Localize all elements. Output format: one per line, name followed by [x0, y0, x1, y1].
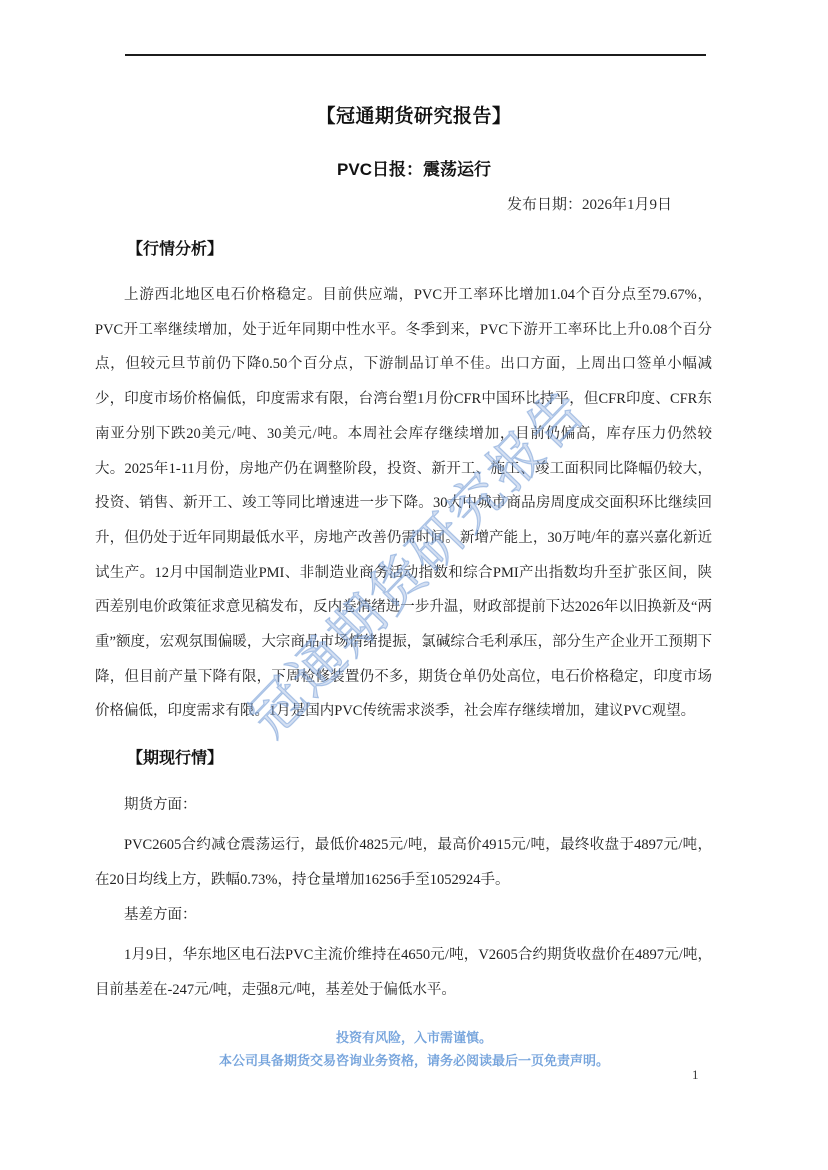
header-rule — [125, 54, 706, 56]
report-title: 【冠通期货研究报告】 — [0, 101, 828, 128]
basis-side-label: 基差方面： — [95, 903, 712, 924]
market-analysis-paragraph: 上游西北地区电石价格稳定。目前供应端，PVC开工率环比增加1.04个百分点至79… — [95, 278, 712, 729]
futures-side-paragraph: PVC2605合约减仓震荡运行，最低价4825元/吨，最高价4915元/吨，最终… — [95, 828, 712, 897]
page-number: 1 — [692, 1067, 699, 1083]
page-footer: 投资有风险，入市需谨慎。 本公司具备期货交易咨询业务资格，请务必阅读最后一页免责… — [0, 1026, 828, 1072]
report-page: 冠通期货研究报告 【冠通期货研究报告】 PVC日报：震荡运行 发布日期：2026… — [0, 0, 828, 1170]
footer-disclaimer: 本公司具备期货交易咨询业务资格，请务必阅读最后一页免责声明。 — [0, 1049, 828, 1072]
section-heading-market-analysis: 【行情分析】 — [95, 236, 712, 259]
futures-side-label: 期货方面： — [95, 793, 712, 814]
report-subtitle: PVC日报：震荡运行 — [0, 155, 828, 180]
footer-risk-warning: 投资有风险，入市需谨慎。 — [0, 1026, 828, 1049]
publish-date: 发布日期：2026年1月9日 — [507, 193, 672, 214]
basis-side-paragraph: 1月9日，华东地区电石法PVC主流价维持在4650元/吨，V2605合约期货收盘… — [95, 938, 712, 1007]
section-heading-futures-spot: 【期现行情】 — [95, 745, 712, 768]
